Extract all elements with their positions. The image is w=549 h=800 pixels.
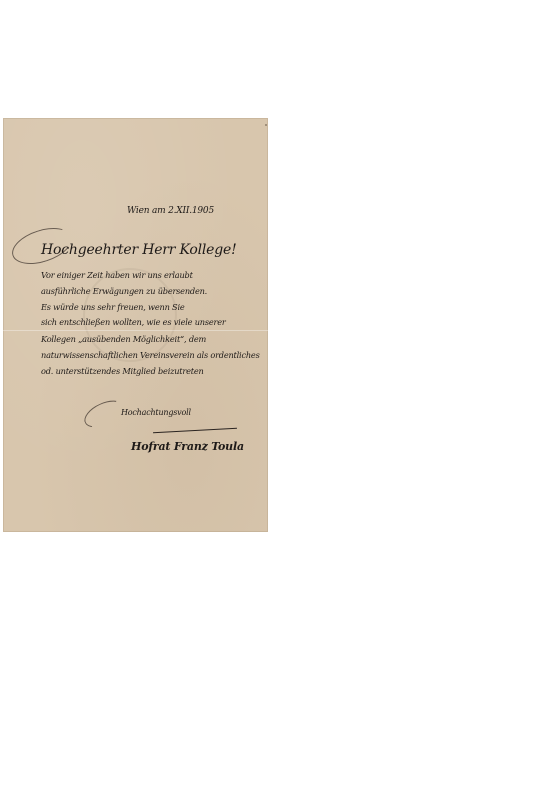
body-line: Kollegen „ausübenden Möglichkeit“, dem (41, 334, 206, 344)
body-line: Es würde uns sehr freuen, wenn Sie (41, 302, 185, 312)
watermark-stamp (83, 268, 177, 362)
body-line: naturwissenschaftlichen Vereinsverein al… (41, 350, 260, 360)
salutation: Hochgeehrter Herr Kollege! (41, 242, 237, 258)
body-line: Vor einiger Zeit haben wir uns erlaubt (41, 270, 193, 280)
body-line: od. unterstützendes Mitglied beizutreten (41, 366, 204, 376)
body-line: sich entschließen wollten, wie es viele … (41, 317, 226, 327)
body-line: ausführliche Erwägungen zu übersenden. (41, 286, 207, 296)
fold-crease (3, 330, 268, 331)
date-line: Wien am 2.XII.1905 (127, 206, 214, 216)
paper-speck (265, 124, 267, 126)
letter-paper: Wien am 2.XII.1905 Hochgeehrter Herr Kol… (3, 118, 268, 532)
signature-stroke (153, 428, 237, 433)
closing: Hochachtungsvoll (121, 408, 191, 417)
signature: Hofrat Franz Toula (131, 440, 244, 453)
